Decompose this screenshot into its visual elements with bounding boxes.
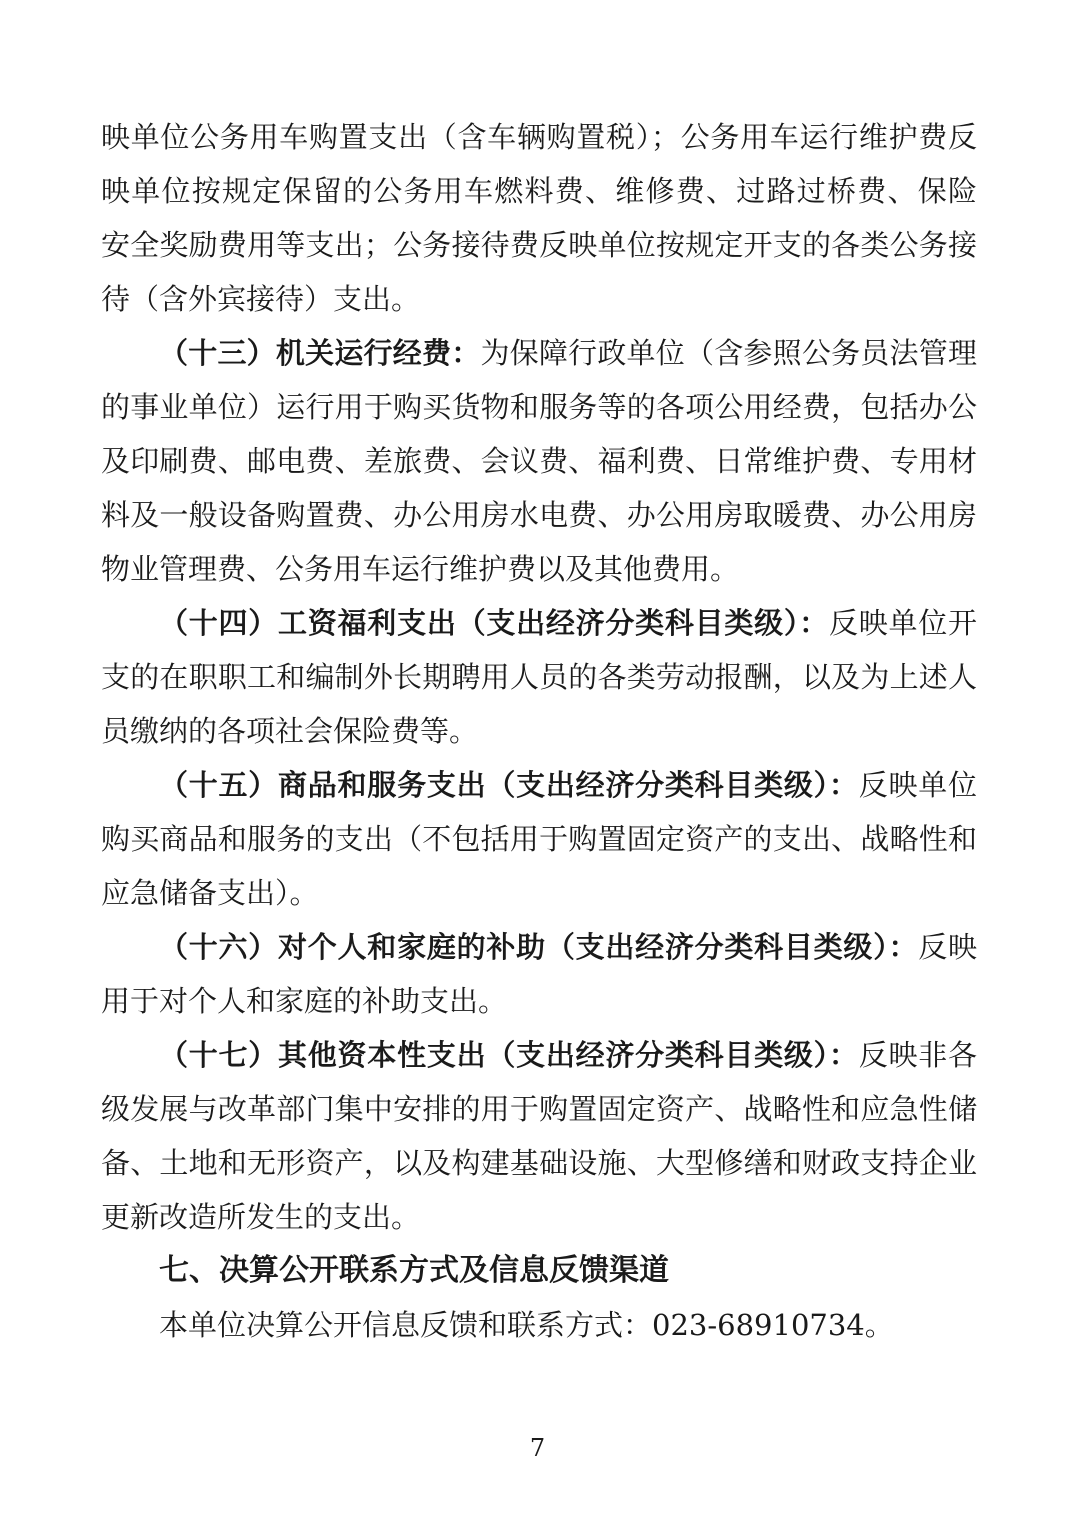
line-bold-text: （十五）商品和服务支出（支出经济分类科目类级）：	[159, 768, 859, 802]
line-text: 反映非各	[859, 1038, 977, 1072]
line-text: 支的在职职工和编制外长期聘用人员的各类劳动报酬，以及为上述人	[101, 660, 977, 694]
section-16-heading-line: （十六）对个人和家庭的补助（支出经济分类科目类级）：反映	[101, 920, 977, 974]
line-text: 备、土地和无形资产，以及构建基础设施、大型修缮和财政支持企业	[101, 1146, 977, 1180]
line-bold-text: （十七）其他资本性支出（支出经济分类科目类级）：	[159, 1038, 859, 1072]
line-text: 的事业单位）运行用于购买货物和服务等的各项公用经费，包括办公	[101, 390, 977, 424]
line-text: 待（含外宾接待）支出。	[101, 282, 420, 316]
line-text: 及印刷费、邮电费、差旅费、会议费、福利费、日常维护费、专用材	[101, 444, 977, 478]
line-text: 映单位公务用车购置支出（含车辆购置税）；公务用车运行维护费反	[101, 120, 977, 154]
section-15-heading-line: （十五）商品和服务支出（支出经济分类科目类级）：反映单位	[101, 758, 977, 812]
document-page: 映单位公务用车购置支出（含车辆购置税）；公务用车运行维护费反 映单位按规定保留的…	[0, 0, 1075, 1520]
text-line: 安全奖励费用等支出；公务接待费反映单位按规定开支的各类公务接	[101, 218, 977, 272]
text-line: 映单位公务用车购置支出（含车辆购置税）；公务用车运行维护费反	[101, 110, 977, 164]
text-line: 更新改造所发生的支出。	[101, 1190, 977, 1244]
text-line: 应急储备支出）。	[101, 866, 977, 920]
line-text: 映单位按规定保留的公务用车燃料费、维修费、过路过桥费、保险费、	[101, 174, 977, 218]
text-line: 用于对个人和家庭的补助支出。	[101, 974, 977, 1028]
document-text-block: 映单位公务用车购置支出（含车辆购置税）；公务用车运行维护费反 映单位按规定保留的…	[101, 110, 977, 1352]
line-text: 应急储备支出）。	[101, 876, 319, 910]
chapter-7-heading: 七、决算公开联系方式及信息反馈渠道	[101, 1244, 977, 1298]
text-line: 备、土地和无形资产，以及构建基础设施、大型修缮和财政支持企业	[101, 1136, 977, 1190]
text-line: 映单位按规定保留的公务用车燃料费、维修费、过路过桥费、保险费、	[101, 164, 977, 218]
line-text: 料及一般设备购置费、办公用房水电费、办公用房取暖费、办公用房	[101, 498, 977, 532]
text-line: 的事业单位）运行用于购买货物和服务等的各项公用经费，包括办公	[101, 380, 977, 434]
text-line: 料及一般设备购置费、办公用房水电费、办公用房取暖费、办公用房	[101, 488, 977, 542]
line-text: 本单位决算公开信息反馈和联系方式：023-68910734。	[159, 1308, 894, 1342]
text-line: 支的在职职工和编制外长期聘用人员的各类劳动报酬，以及为上述人	[101, 650, 977, 704]
text-line: 级发展与改革部门集中安排的用于购置固定资产、战略性和应急性储	[101, 1082, 977, 1136]
line-text: 为保障行政单位（含参照公务员法管理	[480, 336, 977, 370]
text-line: 物业管理费、公务用车运行维护费以及其他费用。	[101, 542, 977, 596]
line-text: 购买商品和服务的支出（不包括用于购置固定资产的支出、战略性和	[101, 822, 977, 856]
section-17-heading-line: （十七）其他资本性支出（支出经济分类科目类级）：反映非各	[101, 1028, 977, 1082]
line-text: 反映单位开	[829, 606, 977, 640]
line-bold-text: （十四）工资福利支出（支出经济分类科目类级）：	[159, 606, 829, 640]
line-text: 员缴纳的各项社会保险费等。	[101, 714, 478, 748]
text-line: 待（含外宾接待）支出。	[101, 272, 977, 326]
section-13-heading-line: （十三）机关运行经费：为保障行政单位（含参照公务员法管理	[101, 326, 977, 380]
line-text: 更新改造所发生的支出。	[101, 1200, 420, 1234]
line-text: 用于对个人和家庭的补助支出。	[101, 984, 507, 1018]
section-14-heading-line: （十四）工资福利支出（支出经济分类科目类级）：反映单位开	[101, 596, 977, 650]
line-text: 安全奖励费用等支出；公务接待费反映单位按规定开支的各类公务接	[101, 228, 977, 262]
line-bold-text: （十三）机关运行经费：	[159, 336, 480, 370]
line-text: 反映单位	[859, 768, 977, 802]
line-text: 七、决算公开联系方式及信息反馈渠道	[159, 1253, 669, 1288]
text-line: 员缴纳的各项社会保险费等。	[101, 704, 977, 758]
page-number: 7	[0, 1433, 1075, 1463]
text-line: 购买商品和服务的支出（不包括用于购置固定资产的支出、战略性和	[101, 812, 977, 866]
line-text: 反映	[918, 930, 977, 964]
line-bold-text: （十六）对个人和家庭的补助（支出经济分类科目类级）：	[159, 930, 918, 964]
text-line: 及印刷费、邮电费、差旅费、会议费、福利费、日常维护费、专用材	[101, 434, 977, 488]
contact-info-line: 本单位决算公开信息反馈和联系方式：023-68910734。	[101, 1298, 977, 1352]
line-text: 级发展与改革部门集中安排的用于购置固定资产、战略性和应急性储	[101, 1092, 977, 1126]
line-text: 物业管理费、公务用车运行维护费以及其他费用。	[101, 552, 739, 586]
